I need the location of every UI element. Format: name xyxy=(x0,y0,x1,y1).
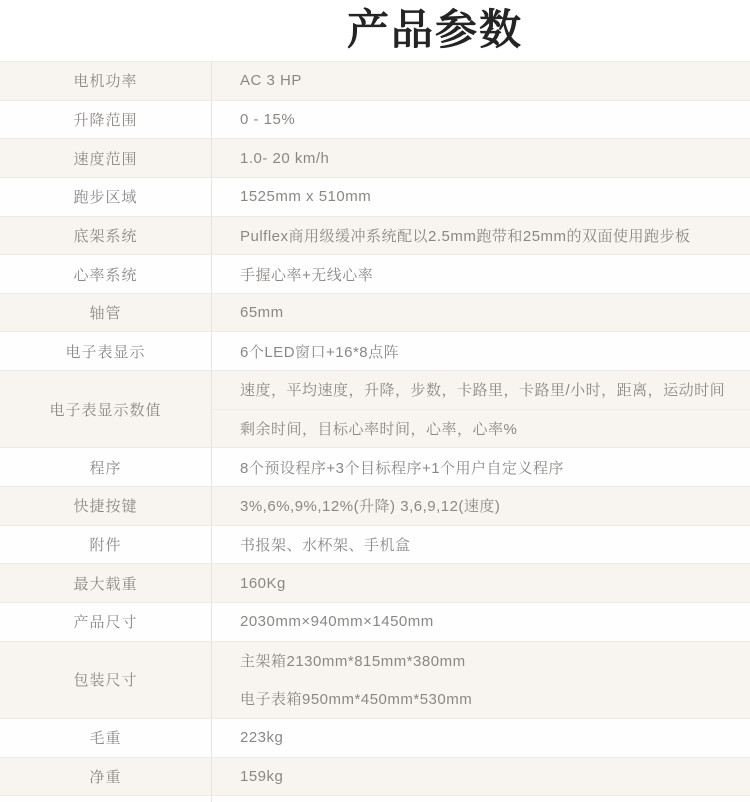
spec-value xyxy=(212,796,750,802)
spec-label: 速度范围 xyxy=(0,139,212,177)
spec-value: 159kg xyxy=(212,758,750,796)
spec-label: 快捷按键 xyxy=(0,487,212,525)
spec-value: 手握心率+无线心率 xyxy=(212,255,750,293)
spec-label: 程序 xyxy=(0,448,212,486)
spec-value: 书报架、水杯架、手机盒 xyxy=(212,526,750,564)
spec-label: 最大载重 xyxy=(0,564,212,602)
spec-value: 1.0- 20 km/h xyxy=(212,139,750,177)
spec-value-line: 剩余时间，目标心率时间，心率，心率% xyxy=(212,410,750,448)
table-row: 附件书报架、水杯架、手机盒 xyxy=(0,526,750,565)
spec-value: AC 3 HP xyxy=(212,62,750,100)
table-row: 跑步区域1525mm x 510mm xyxy=(0,178,750,217)
spec-value: 2030mm×940mm×1450mm xyxy=(212,603,750,641)
spec-label: 轴管 xyxy=(0,294,212,332)
spec-value: 主架箱2130mm*815mm*380mm电子表箱950mm*450mm*530… xyxy=(212,642,750,718)
table-row: 升降范围0 - 15% xyxy=(0,101,750,140)
spec-value-line: 8个预设程序+3个目标程序+1个用户自定义程序 xyxy=(212,448,750,486)
spec-value-line: 1.0- 20 km/h xyxy=(212,139,750,177)
spec-value: 0 - 15% xyxy=(212,101,750,139)
spec-value-line: 1525mm x 510mm xyxy=(212,178,750,216)
spec-label: 包装尺寸 xyxy=(0,642,212,718)
spec-value: 1525mm x 510mm xyxy=(212,178,750,216)
spec-label: 电子表显示数值 xyxy=(0,371,212,447)
spec-value-line: 160Kg xyxy=(212,564,750,602)
spec-label: 底架系统 xyxy=(0,217,212,255)
spec-value-line: 6个LED窗口+16*8点阵 xyxy=(212,332,750,370)
spec-value: 速度，平均速度，升降，步数，卡路里，卡路里/小时，距离，运动时间剩余时间，目标心… xyxy=(212,371,750,447)
spec-value: 6个LED窗口+16*8点阵 xyxy=(212,332,750,370)
table-row: 轴管65mm xyxy=(0,294,750,333)
table-row: 电机功率AC 3 HP xyxy=(0,62,750,101)
spec-label: 心率系统 xyxy=(0,255,212,293)
spec-label: 附件 xyxy=(0,526,212,564)
spec-value-line: 手握心率+无线心率 xyxy=(212,255,750,293)
table-row: 心率系统手握心率+无线心率 xyxy=(0,255,750,294)
spec-label: 净重 xyxy=(0,758,212,796)
spec-value-line: 书报架、水杯架、手机盒 xyxy=(212,526,750,564)
spec-value-line: 0 - 15% xyxy=(212,101,750,139)
spec-label: 毛重 xyxy=(0,719,212,757)
spec-value: 3%,6%,9%,12%(升降) 3,6,9,12(速度) xyxy=(212,487,750,525)
spec-value: 223kg xyxy=(212,719,750,757)
spec-value-line: 电子表箱950mm*450mm*530mm xyxy=(212,680,750,718)
spec-label: 升降范围 xyxy=(0,101,212,139)
table-row: 电子表显示数值速度，平均速度，升降，步数，卡路里，卡路里/小时，距离，运动时间剩… xyxy=(0,371,750,448)
table-row: 速度范围1.0- 20 km/h xyxy=(0,139,750,178)
spec-label: 跑步区域 xyxy=(0,178,212,216)
spec-value-line: 159kg xyxy=(212,758,750,796)
spec-label: 电子表显示 xyxy=(0,332,212,370)
spec-label: 电机功率 xyxy=(0,62,212,100)
spec-value-line: 65mm xyxy=(212,294,750,332)
spec-value: 65mm xyxy=(212,294,750,332)
spec-label xyxy=(0,796,212,802)
table-row: 净重159kg xyxy=(0,758,750,797)
table-row: 最大载重160Kg xyxy=(0,564,750,603)
table-row: 产品尺寸2030mm×940mm×1450mm xyxy=(0,603,750,642)
spec-value: 8个预设程序+3个目标程序+1个用户自定义程序 xyxy=(212,448,750,486)
spec-value-line: 2030mm×940mm×1450mm xyxy=(212,603,750,641)
table-row: 底架系统Pulflex商用级缓冲系统配以2.5mm跑带和25mm的双面使用跑步板 xyxy=(0,217,750,256)
table-row: 程序8个预设程序+3个目标程序+1个用户自定义程序 xyxy=(0,448,750,487)
spec-value-line: 223kg xyxy=(212,719,750,757)
table-row: 毛重223kg xyxy=(0,719,750,758)
table-row: 电子表显示6个LED窗口+16*8点阵 xyxy=(0,332,750,371)
spec-value-line: Pulflex商用级缓冲系统配以2.5mm跑带和25mm的双面使用跑步板 xyxy=(212,217,750,255)
spec-value: Pulflex商用级缓冲系统配以2.5mm跑带和25mm的双面使用跑步板 xyxy=(212,217,750,255)
spec-value-line: 速度，平均速度，升降，步数，卡路里，卡路里/小时，距离，运动时间 xyxy=(212,371,750,410)
table-row-partial xyxy=(0,796,750,802)
spec-label: 产品尺寸 xyxy=(0,603,212,641)
spec-value: 160Kg xyxy=(212,564,750,602)
table-row: 快捷按键3%,6%,9%,12%(升降) 3,6,9,12(速度) xyxy=(0,487,750,526)
page-title: 产品参数 xyxy=(60,4,750,56)
spec-value-line: 3%,6%,9%,12%(升降) 3,6,9,12(速度) xyxy=(212,487,750,525)
spec-table: 电机功率AC 3 HP升降范围0 - 15%速度范围1.0- 20 km/h跑步… xyxy=(0,61,750,802)
spec-value-line: AC 3 HP xyxy=(212,62,750,100)
table-row: 包装尺寸主架箱2130mm*815mm*380mm电子表箱950mm*450mm… xyxy=(0,642,750,719)
spec-value-line: 主架箱2130mm*815mm*380mm xyxy=(212,642,750,680)
